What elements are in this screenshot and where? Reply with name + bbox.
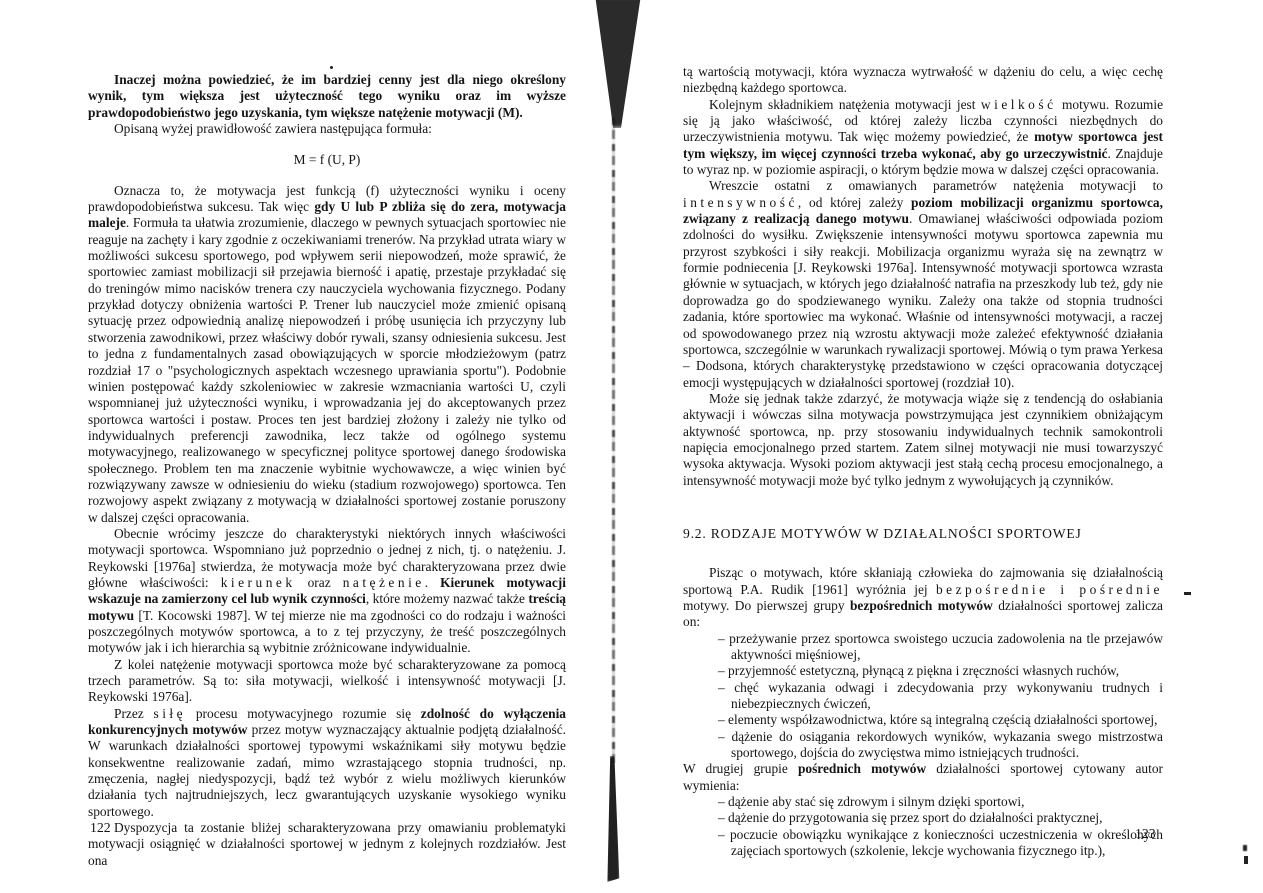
section-heading: 9.2. RODZAJE MOTYWÓW W DZIAŁALNOŚCI SPOR…: [683, 526, 1163, 542]
list-item: – przeżywanie przez sportowca swoistego …: [683, 631, 1163, 664]
text-run: Może się jednak także zdarzyć, że motywa…: [683, 391, 1163, 488]
paragraph: Wreszcie ostatni z omawianych parametrów…: [683, 178, 1163, 390]
list-dash: –: [718, 680, 734, 695]
list-item: – przyjemność estetyczną, płynącą z pięk…: [683, 663, 1163, 679]
text-run: Wreszcie ostatni z omawianych parametrów…: [709, 178, 1163, 193]
emphasis-spaced: wielkość: [981, 97, 1057, 112]
book-spine-shadow-line: [612, 118, 615, 766]
emphasis-bold: pośrednich motywów: [798, 761, 926, 776]
paragraph: W drugiej grupie pośrednich motywów dzia…: [683, 761, 1163, 794]
list-dash: –: [718, 729, 731, 744]
text-run: M = f (U, P): [294, 152, 361, 167]
list-dash: –: [718, 712, 728, 727]
page-number-right: 123: [1135, 826, 1156, 842]
list-item: – dążenie aby stać się zdrowym i silnym …: [683, 794, 1163, 810]
page-number-left: 122: [90, 820, 111, 836]
text-run: tą wartością motywacji, która wyznacza w…: [683, 64, 1163, 95]
emphasis-spaced: natężenie: [343, 575, 425, 590]
text-run: [T. Kocowski 1987]. W tej mierze nie ma …: [88, 608, 566, 656]
paragraph: Opisaną wyżej prawidłowość zawiera nastę…: [88, 121, 566, 137]
right-page: tą wartością motywacji, która wyznacza w…: [683, 64, 1163, 859]
text-run: Opisaną wyżej prawidłowość zawiera nastę…: [114, 121, 432, 136]
text-run: , od której zależy: [798, 195, 911, 210]
book-spine-shadow-bottom: [606, 756, 620, 882]
text-run: dążenie aby stać się zdrowym i silnym dz…: [728, 794, 1024, 809]
text-run: W drugiej grupie: [683, 761, 798, 776]
list-dash: –: [718, 663, 728, 678]
text-run: Przez: [114, 706, 154, 721]
text-run: Kolejnym składnikiem natężenia motywacji…: [709, 97, 981, 112]
text-run: .: [425, 575, 440, 590]
text-run: Dyspozycja ta zostanie bliżej scharakter…: [88, 820, 566, 868]
paragraph: Kolejnym składnikiem natężenia motywacji…: [683, 97, 1163, 179]
text-run: Z kolei natężenie motywacji sportowca mo…: [88, 657, 566, 705]
text-run: procesu motywacyjnego rozumie się: [186, 706, 421, 721]
text-run: poczucie obowiązku wynikające z konieczn…: [730, 827, 1163, 858]
left-page: Inaczej można powiedzieć, że im bardziej…: [88, 72, 566, 869]
formula: M = f (U, P): [88, 152, 566, 168]
paragraph: Może się jednak także zdarzyć, że motywa…: [683, 391, 1163, 489]
paragraph: Obecnie wrócimy jeszcze do charakterysty…: [88, 526, 566, 657]
emphasis-spaced: bezpośrednie i pośrednie: [936, 582, 1163, 597]
list-dash: –: [718, 810, 728, 825]
text-run: . Omawianej właściwości odpowiada poziom…: [683, 211, 1163, 389]
list-item: – chęć wykazania odwagi i zdecydowania p…: [683, 680, 1163, 713]
list-item: – dążenie do osiągania rekordowych wynik…: [683, 729, 1163, 762]
emphasis-bold: bezpośrednich motywów: [850, 598, 993, 613]
paragraph: Inaczej można powiedzieć, że im bardziej…: [88, 72, 566, 121]
text-run: przyjemność estetyczną, płynącą z piękna…: [728, 663, 1119, 678]
text-run: elementy współzawodnictwa, które są inte…: [728, 712, 1157, 727]
emphasis-spaced: kierunek: [221, 575, 296, 590]
text-run: oraz: [296, 575, 343, 590]
paragraph: Pisząc o motywach, które skłaniają człow…: [683, 565, 1163, 630]
paragraph: Przez siłę procesu motywacyjnego rozumie…: [88, 706, 566, 820]
text-run: dążenie do osiągania rekordowych wyników…: [731, 729, 1163, 760]
text-run: chęć wykazania odwagi i zdecydowania prz…: [731, 680, 1163, 711]
list-dash: –: [718, 631, 729, 646]
emphasis-spaced: intensywność: [683, 195, 798, 210]
scan-artifact: [1244, 856, 1248, 864]
paragraph: Oznacza to, że motywacja jest funkcją (f…: [88, 183, 566, 526]
text-run: , które możemy nazwać także: [366, 591, 528, 606]
text-run: 9.2. RODZAJE MOTYWÓW W DZIAŁALNOŚCI SPOR…: [683, 526, 1082, 541]
text-run: przeżywanie przez sportowca swoistego uc…: [729, 631, 1163, 662]
emphasis-bold: Inaczej można powiedzieć, że im bardziej…: [88, 72, 566, 120]
scan-artifact: [1184, 592, 1191, 595]
text-run: motywy. Do pierwszej grupy: [683, 598, 850, 613]
emphasis-spaced: siłę: [154, 706, 187, 721]
scan-artifact: [1243, 845, 1247, 851]
list-item: – dążenie do przygotowania się przez spo…: [683, 810, 1163, 826]
list-item: – elementy współzawodnictwa, które są in…: [683, 712, 1163, 728]
list-dash: –: [718, 794, 728, 809]
text-run: dążenie do przygotowania się przez sport…: [728, 810, 1102, 825]
book-spine-shadow-top: [588, 0, 648, 128]
paragraph: Dyspozycja ta zostanie bliżej scharakter…: [88, 820, 566, 869]
list-item: – poczucie obowiązku wynikające z koniec…: [683, 827, 1163, 860]
scan-artifact: [330, 66, 333, 69]
paragraph: tą wartością motywacji, która wyznacza w…: [683, 64, 1163, 97]
paragraph: Z kolei natężenie motywacji sportowca mo…: [88, 657, 566, 706]
list-dash: –: [718, 827, 730, 842]
text-run: . Formuła ta ułatwia zrozumienie, dlacze…: [88, 215, 566, 524]
